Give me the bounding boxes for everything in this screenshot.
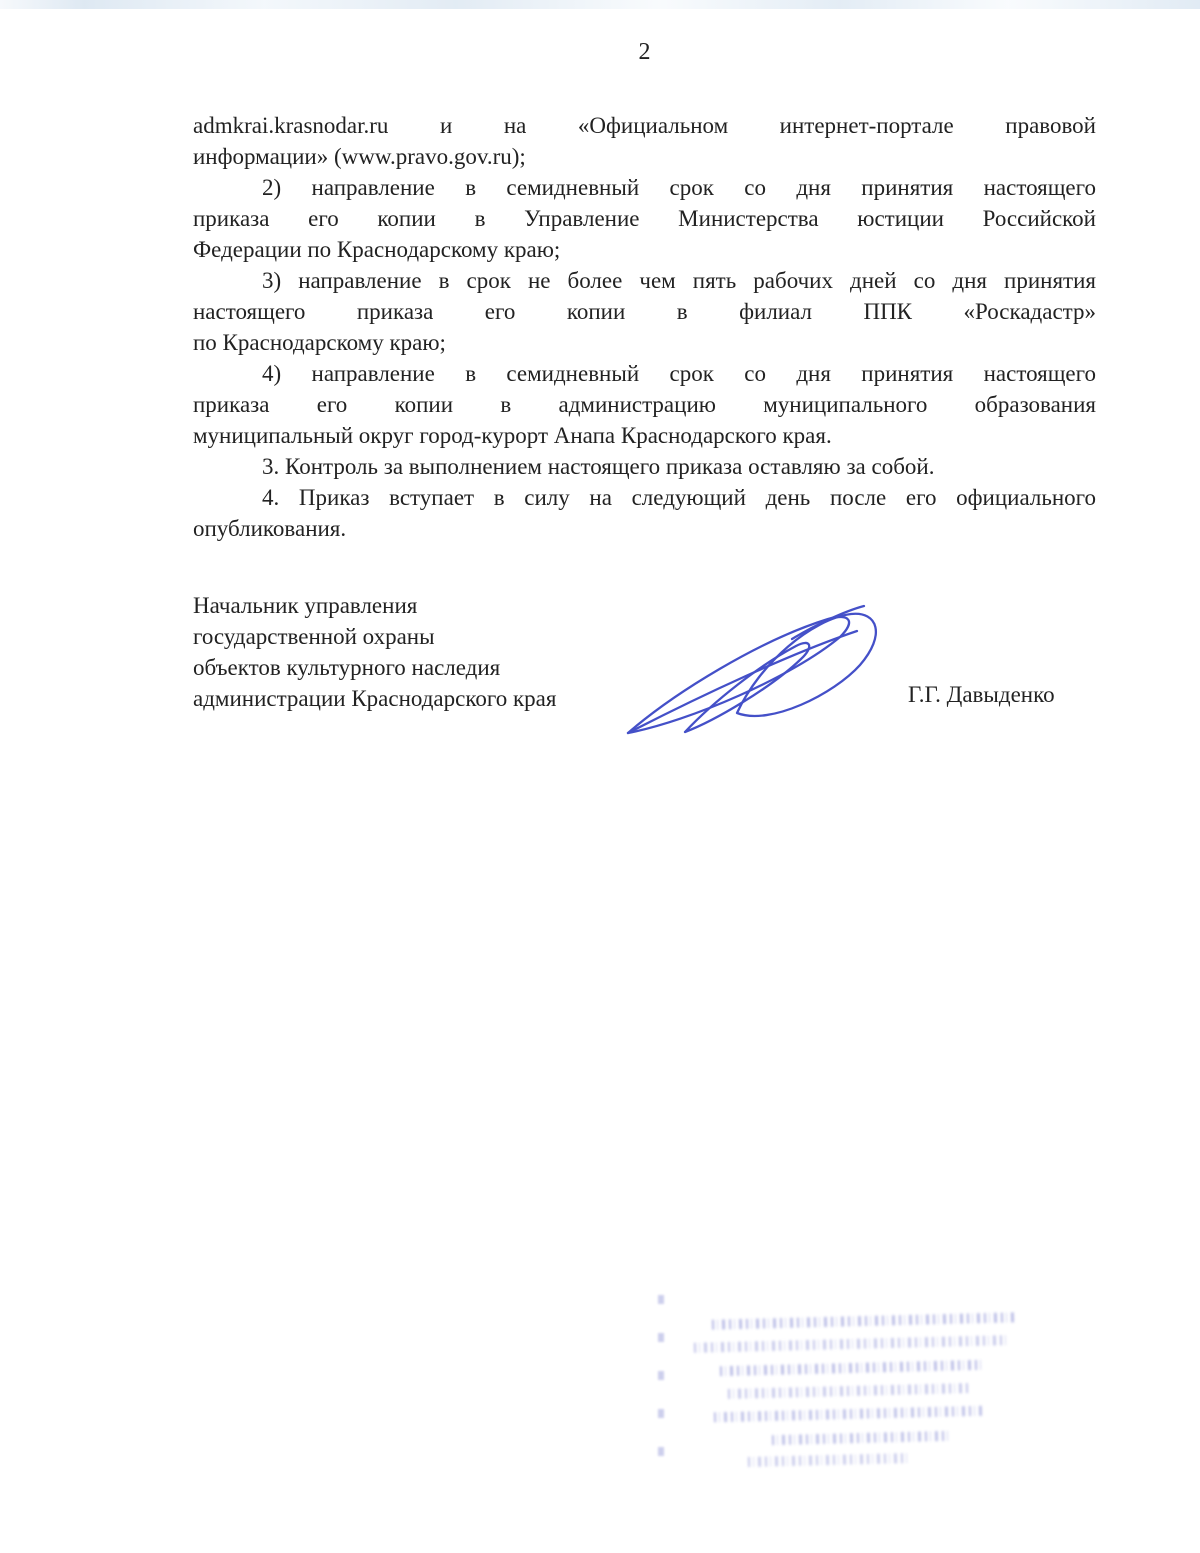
text-line: admkrai.krasnodar.ru и на «Официальном и… xyxy=(193,110,1096,141)
text-line: 3) направление в срок не более чем пять … xyxy=(193,265,1096,296)
stamp-texture-row xyxy=(720,1360,982,1376)
scan-edge-artifact xyxy=(0,0,1200,9)
page-number: 2 xyxy=(193,38,1096,66)
stamp-texture-row xyxy=(728,1383,970,1399)
text-line: настоящего приказа его копии в филиал ПП… xyxy=(193,296,1096,327)
paragraph: 2) направление в семидневный срок со дня… xyxy=(193,172,1096,265)
text-line: приказа его копии в администрацию муници… xyxy=(193,389,1096,420)
signer-name: Г.Г. Давыденко xyxy=(908,679,1108,710)
text-line: Федерации по Краснодарскому краю; xyxy=(193,234,1096,265)
stamp-texture-row xyxy=(748,1453,910,1467)
stamp-texture-row xyxy=(712,1312,1017,1329)
faint-ink-stamp xyxy=(672,1283,1072,1483)
text-line: приказа его копии в Управление Министерс… xyxy=(193,203,1096,234)
document-page: 2 admkrai.krasnodar.ru и на «Официальном… xyxy=(0,0,1200,1553)
paragraph: 3) направление в срок не более чем пять … xyxy=(193,265,1096,358)
text-line: 4. Приказ вступает в силу на следующий д… xyxy=(193,482,1096,513)
paragraph: 3. Контроль за выполнением настоящего пр… xyxy=(193,451,1096,482)
document-body: admkrai.krasnodar.ru и на «Официальном и… xyxy=(193,110,1096,544)
text-line: муниципальный округ город-курорт Анапа К… xyxy=(193,420,1096,451)
text-line: по Краснодарскому краю; xyxy=(193,327,1096,358)
text-line: опубликования. xyxy=(193,513,1096,544)
stamp-texture-row xyxy=(714,1406,986,1423)
signature-title-line: объектов культурного наследия xyxy=(193,652,663,683)
stamp-edge-marks xyxy=(658,1295,664,1460)
text-line: 2) направление в семидневный срок со дня… xyxy=(193,172,1096,203)
signature-title-line: государственной охраны xyxy=(193,621,663,652)
signature-title-line: Начальник управления xyxy=(193,590,663,621)
text-line: 4) направление в семидневный срок со дня… xyxy=(193,358,1096,389)
stamp-texture-row xyxy=(694,1335,1006,1353)
handwritten-signature-icon xyxy=(610,595,900,750)
paragraph: 4. Приказ вступает в силу на следующий д… xyxy=(193,482,1096,544)
text-line: 3. Контроль за выполнением настоящего пр… xyxy=(193,451,1096,482)
stamp-texture-row xyxy=(772,1431,948,1445)
paragraph: 4) направление в семидневный срок со дня… xyxy=(193,358,1096,451)
signature-title-block: Начальник управлениягосударственной охра… xyxy=(193,590,663,714)
text-line: информации» (www.pravo.gov.ru); xyxy=(193,141,1096,172)
signature-title-line: администрации Краснодарского края xyxy=(193,683,663,714)
paragraph: admkrai.krasnodar.ru и на «Официальном и… xyxy=(193,110,1096,172)
